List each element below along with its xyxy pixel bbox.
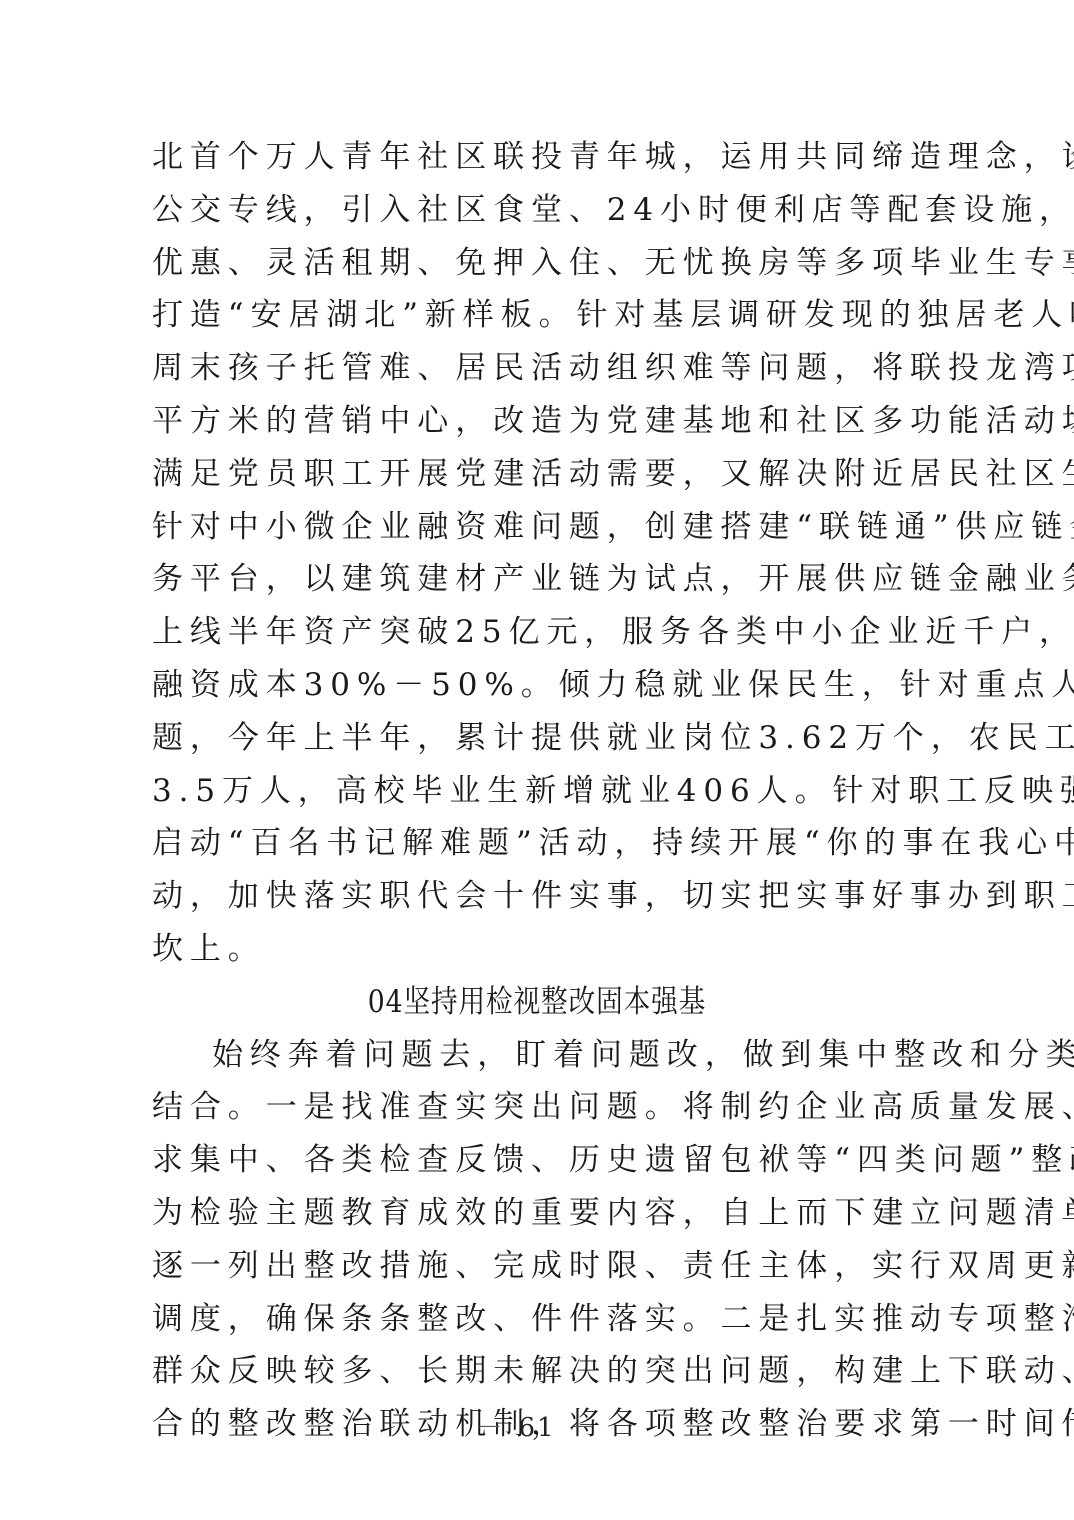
text-line: 群众反映较多、长期未解决的突出问题，构建上下联动、条块结: [152, 1345, 922, 1398]
text-line: 周末孩子托管难、居民活动组织难等问题，将联投龙湾项目400: [152, 342, 922, 395]
text-line: 题，今年上半年，累计提供就业岗位3.62万个，农民工新增就业: [152, 712, 922, 765]
text-line: 始终奔着问题去，盯着问题改，做到集中整改和分类整治相: [152, 1029, 922, 1082]
text-line: 启动“百名书记解难题”活动，持续开展“你的事在我心中”活: [152, 817, 922, 870]
text-line: 针对中小微企业融资难问题，创建搭建“联链通”供应链金融服: [152, 501, 922, 554]
text-line: 调度，确保条条整改、件件落实。二是扎实推动专项整治。针对: [152, 1293, 922, 1346]
text-line: 公交专线，引入社区食堂、24小时便利店等配套设施，推出租金: [152, 184, 922, 237]
text-line: 逐一列出整改措施、完成时限、责任主体，实行双周更新、定期: [152, 1240, 922, 1293]
text-line: 平方米的营销中心，改造为党建基地和社区多功能活动场所，既: [152, 395, 922, 448]
page-number-left-dash: －: [476, 1413, 504, 1443]
text-line: 上线半年资产突破25亿元，服务各类中小企业近千户，帮助降低: [152, 606, 922, 659]
document-page: 北首个万人青年社区联投青年城，运用共同缔造理念，设计开通 公交专线，引入社区食堂…: [0, 0, 1074, 1520]
text-line: 结合。一是找准查实突出问题。将制约企业高质量发展、群众诉: [152, 1081, 922, 1134]
section-heading: 04坚持用检视整改固本强基: [206, 976, 868, 1029]
page-number-right-dash: －: [570, 1413, 598, 1443]
body-text: 北首个万人青年社区联投青年城，运用共同缔造理念，设计开通 公交专线，引入社区食堂…: [152, 131, 922, 1451]
page-number-value: 61: [518, 1413, 555, 1443]
text-line: 为检验主题教育成效的重要内容，自上而下建立问题清单146条，: [152, 1187, 922, 1240]
text-line: 北首个万人青年社区联投青年城，运用共同缔造理念，设计开通: [152, 131, 922, 184]
page-number: －61－: [0, 1412, 1074, 1444]
text-line: 务平台，以建筑建材产业链为试点，开展供应链金融业务，平台: [152, 553, 922, 606]
text-line: 动，加快落实职代会十件实事，切实把实事好事办到职工群众心: [152, 870, 922, 923]
text-line: 求集中、各类检查反馈、历史遗留包袱等“四类问题”整改，作: [152, 1134, 922, 1187]
text-line: 满足党员职工开展党建活动需要，又解决附近居民社区生活需求。: [152, 448, 922, 501]
text-line: 融资成本30%－50%。倾力稳就业保民生，针对重点人群就业难问: [152, 659, 922, 712]
text-line: 优惠、灵活租期、免押入住、无忧换房等多项毕业生专享活动，: [152, 237, 922, 290]
text-line: 3.5万人，高校毕业生新增就业406人。针对职工反映强烈问题，: [152, 765, 922, 818]
text-line: 坎上。: [152, 923, 922, 976]
text-line: 打造“安居湖北”新样板。针对基层调研发现的独居老人吃饭难、: [152, 289, 922, 342]
